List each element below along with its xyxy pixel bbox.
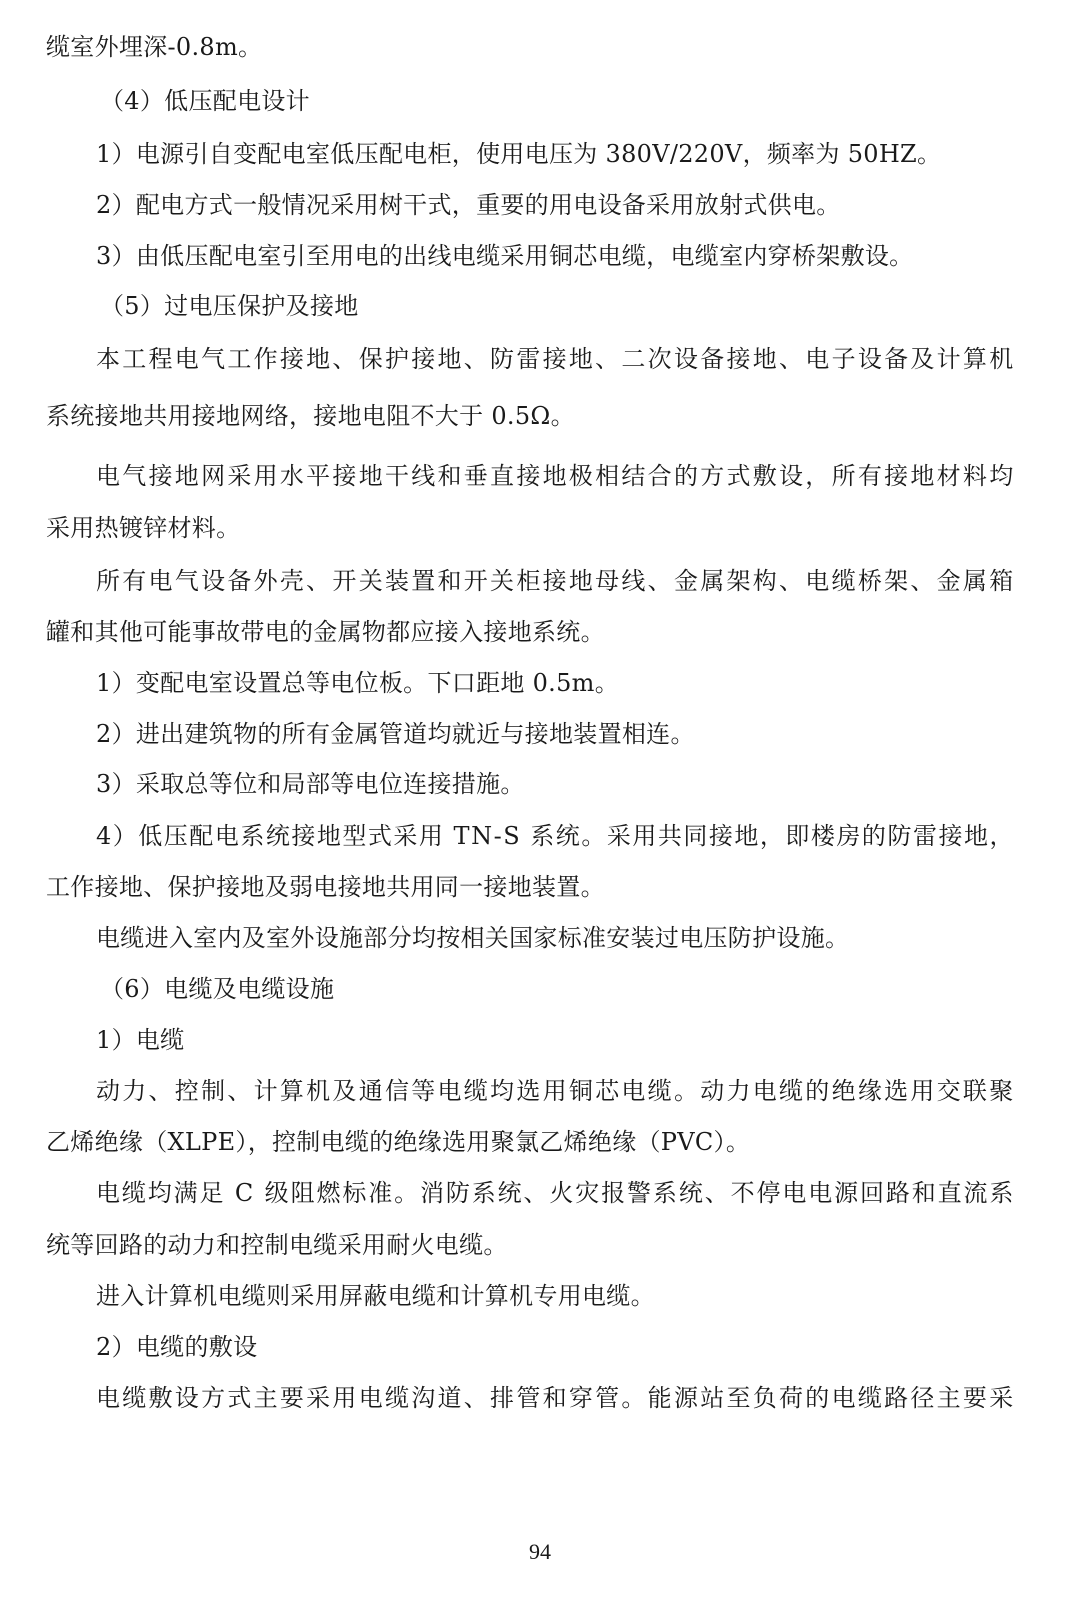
text-line: 1）电源引自变配电室低压配电柜，使用电压为 380V/220V，频率为 50HZ… <box>96 139 941 169</box>
text-line: 电气接地网采用水平接地干线和垂直接地极相结合的方式敷设，所有接地材料均 <box>96 461 1015 491</box>
text-line: 1）变配电室设置总等电位板。下口距地 0.5m。 <box>96 668 619 698</box>
document-page: 缆室外埋深-0.8m。（4）低压配电设计1）电源引自变配电室低压配电柜，使用电压… <box>0 0 1080 1598</box>
text-line: 电缆均满足 C 级阻燃标准。消防系统、火灾报警系统、不停电电源回路和直流系 <box>96 1178 1015 1208</box>
text-line: 2）进出建筑物的所有金属管道均就近与接地装置相连。 <box>96 719 695 749</box>
text-line: 电缆进入室内及室外设施部分均按相关国家标准安装过电压防护设施。 <box>96 923 849 953</box>
text-line: 所有电气设备外壳、开关装置和开关柜接地母线、金属架构、电缆桥架、金属箱 <box>96 566 1015 596</box>
text-line: 3）由低压配电室引至用电的出线电缆采用铜芯电缆，电缆室内穿桥架敷设。 <box>96 241 913 271</box>
text-line: 1）电缆 <box>96 1025 184 1055</box>
text-line: 2）配电方式一般情况采用树干式，重要的用电设备采用放射式供电。 <box>96 190 841 220</box>
text-line: 4）低压配电系统接地型式采用 TN-S 系统。采用共同接地，即楼房的防雷接地， <box>96 821 1015 851</box>
text-line: 3）采取总等位和局部等电位连接措施。 <box>96 769 525 799</box>
text-line: 采用热镀锌材料。 <box>46 513 240 543</box>
section-heading: （5）过电压保护及接地 <box>100 291 359 321</box>
text-line: 统等回路的动力和控制电缆采用耐火电缆。 <box>46 1230 508 1260</box>
text-line: 工作接地、保护接地及弱电接地共用同一接地装置。 <box>46 872 605 902</box>
page-number: 94 <box>0 1538 1080 1566</box>
text-line: 本工程电气工作接地、保护接地、防雷接地、二次设备接地、电子设备及计算机 <box>96 344 1015 374</box>
section-heading: （4）低压配电设计 <box>100 86 310 116</box>
text-line: 电缆敷设方式主要采用电缆沟道、排管和穿管。能源站至负荷的电缆路径主要采 <box>96 1383 1015 1413</box>
text-line: 罐和其他可能事故带电的金属物都应接入接地系统。 <box>46 617 605 647</box>
text-line: 2）电缆的敷设 <box>96 1332 257 1362</box>
text-line: 乙烯绝缘（XLPE），控制电缆的绝缘选用聚氯乙烯绝缘（PVC）。 <box>46 1127 750 1157</box>
text-line: 动力、控制、计算机及通信等电缆均选用铜芯电缆。动力电缆的绝缘选用交联聚 <box>96 1076 1015 1106</box>
section-heading: （6）电缆及电缆设施 <box>100 974 334 1004</box>
text-line: 缆室外埋深-0.8m。 <box>46 32 262 62</box>
text-line: 进入计算机电缆则采用屏蔽电缆和计算机专用电缆。 <box>96 1281 655 1311</box>
text-line: 系统接地共用接地网络，接地电阻不大于 0.5Ω。 <box>46 401 575 431</box>
